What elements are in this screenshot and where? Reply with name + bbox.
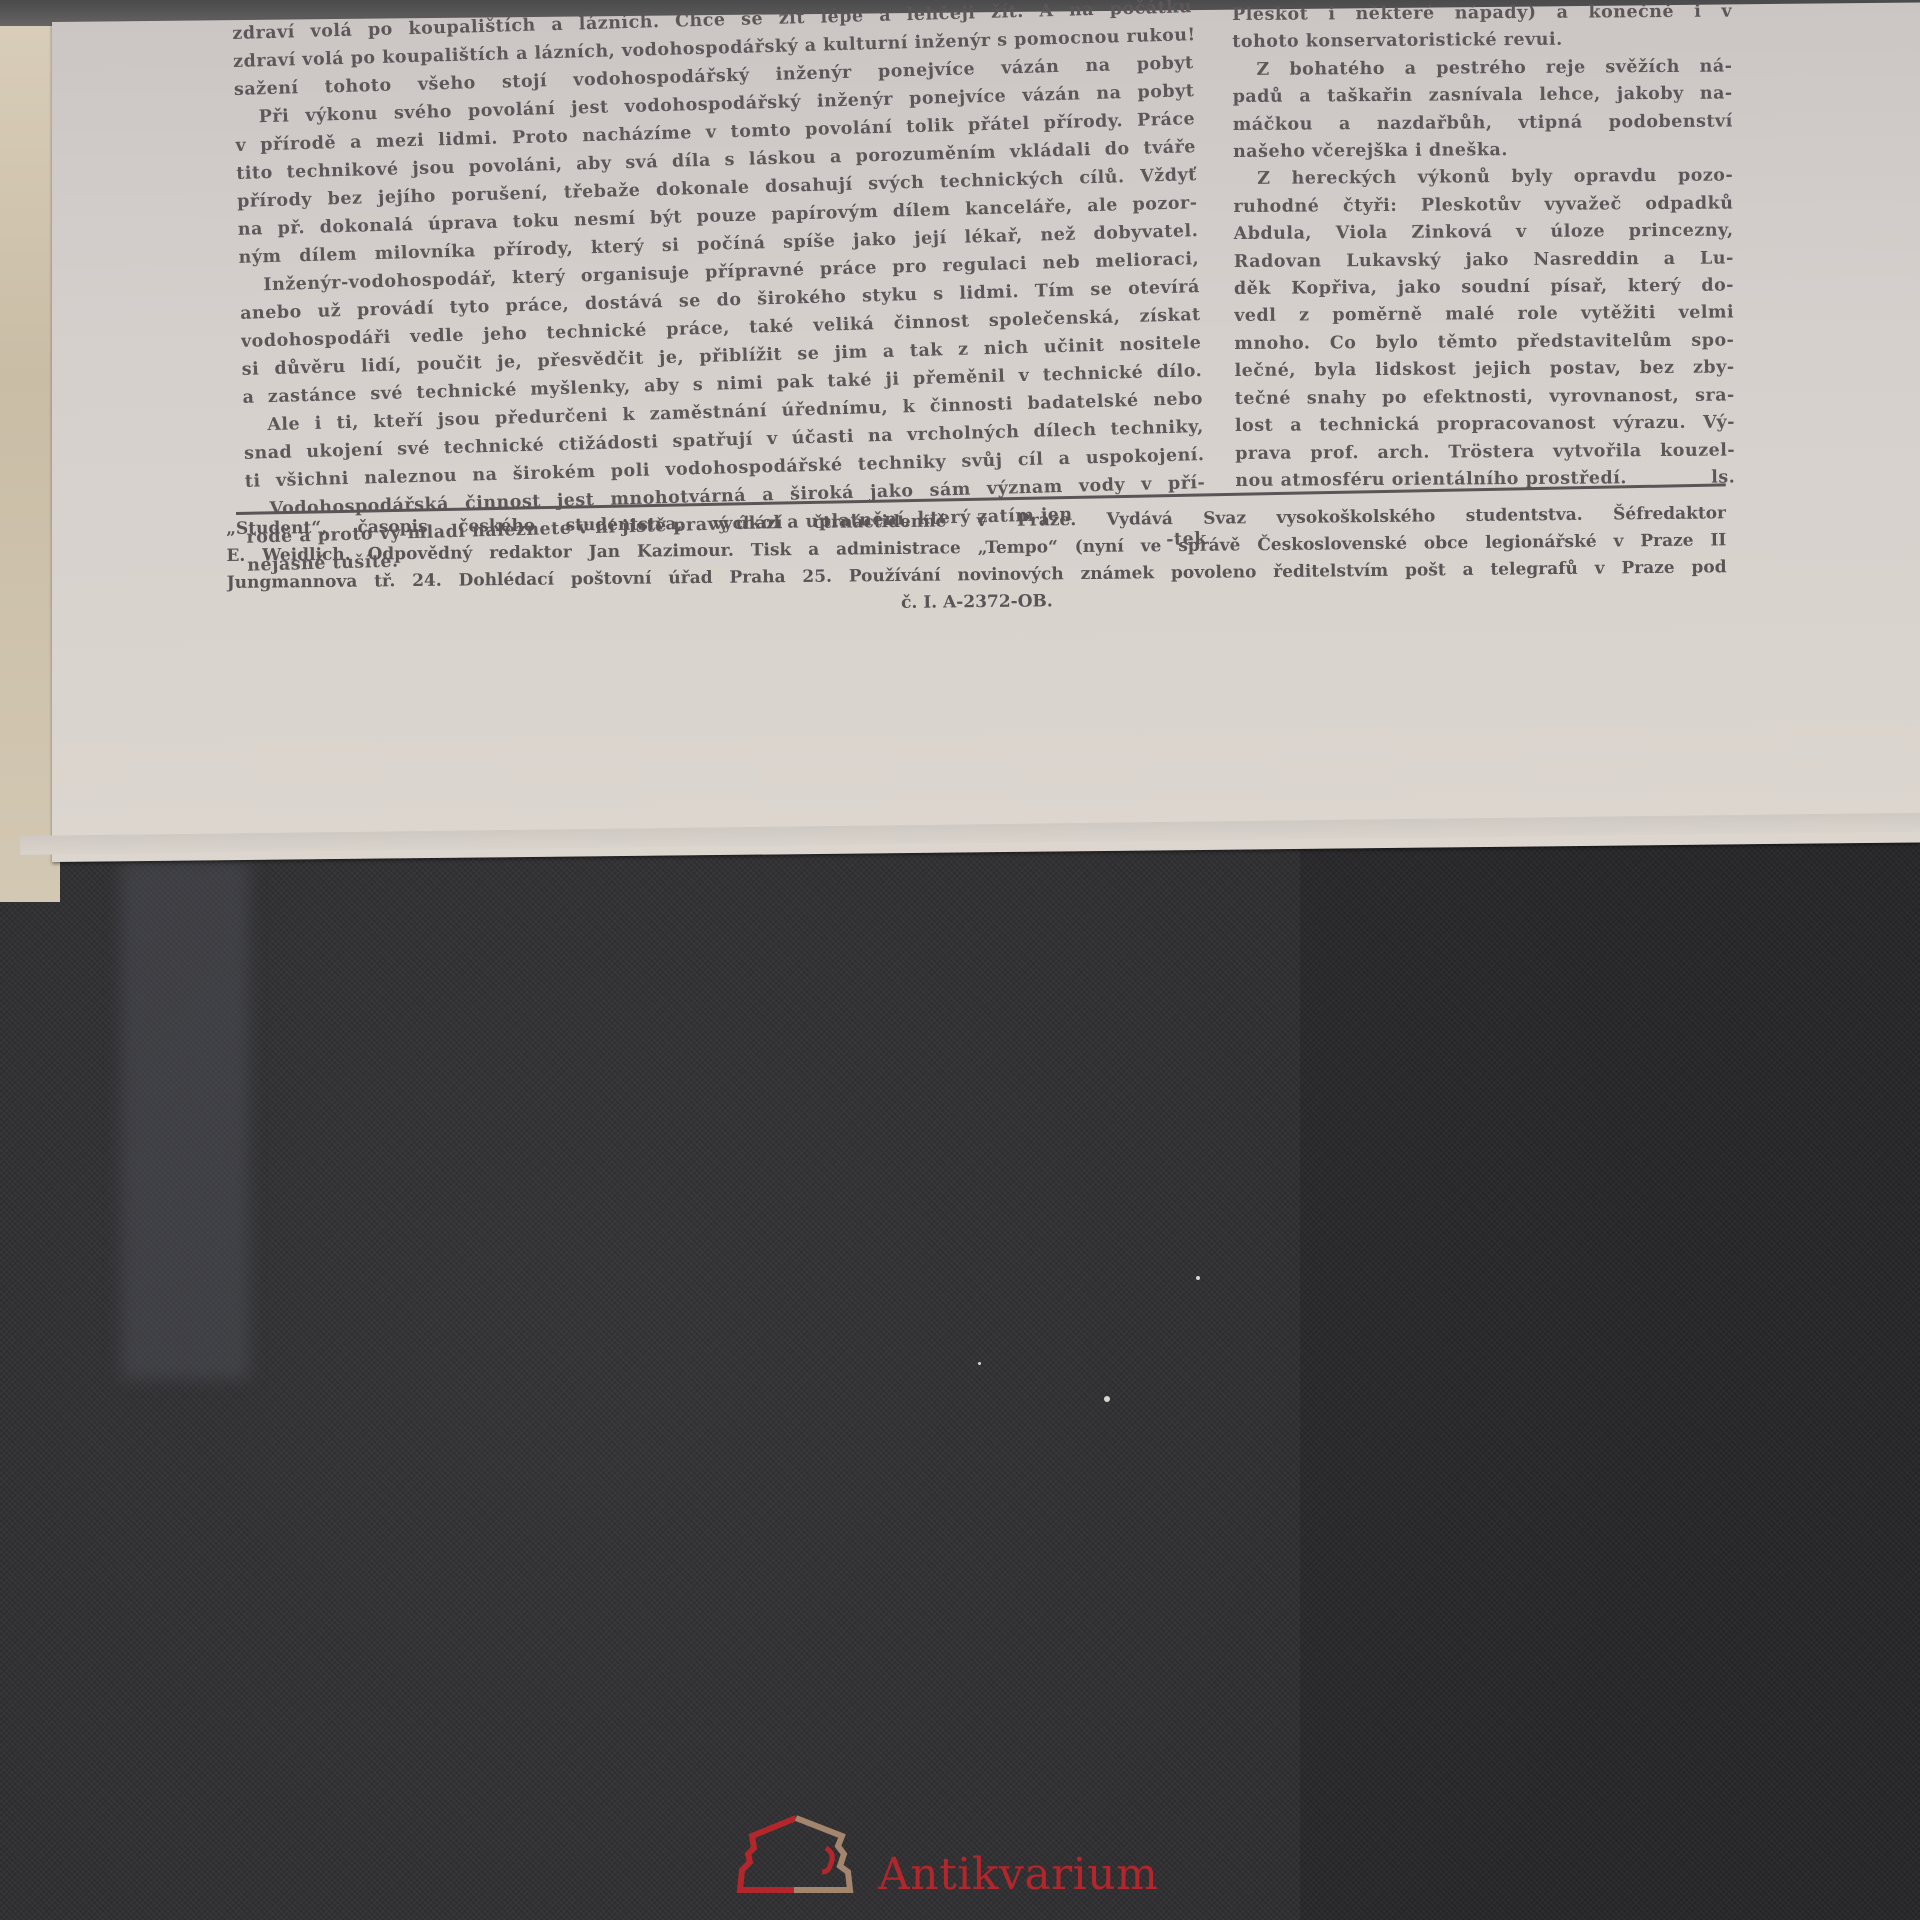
text-line: vedl z poměrně malé role vytěžiti velmi — [1234, 300, 1734, 331]
fabric-light-band — [120, 860, 250, 1380]
fabric-shadow-band — [1300, 840, 1920, 1920]
text-line: Z hereckých výkonů byly opravdu pozo- — [1233, 163, 1733, 194]
text-line: Pleskot i některé nápady) a konečně i v — [1232, 0, 1732, 29]
text-line: Abdula, Viola Zinková v úloze princezny, — [1234, 218, 1734, 249]
article-right-column: Pleskot i některé nápady) a konečně i v … — [1232, 0, 1735, 495]
backing-paper — [0, 26, 60, 902]
dust-speck — [1104, 1396, 1110, 1402]
dust-speck — [978, 1362, 981, 1365]
text-line: lečné, byla lidskost jejich postav, bez … — [1234, 355, 1734, 386]
text-line: tečné snahy po efektnosti, vyrovnanost, … — [1235, 382, 1735, 413]
text-line: lost a technická propracovanost výrazu. … — [1235, 410, 1735, 441]
antikvarium-logo-icon — [734, 1810, 860, 1901]
text-line: našeho včerejška i dneška. — [1233, 136, 1733, 167]
colophon: „Student“, časopis českého studentstva, … — [226, 500, 1727, 624]
text-line: máčkou a nazdařbůh, vtipná podobenství — [1233, 108, 1733, 139]
text-line: Z bohatého a pestrého reje svěžích ná- — [1232, 53, 1732, 84]
text-line: děk Kopřiva, jako soudní písař, který do… — [1234, 273, 1734, 304]
text-line: mnoho. Co bylo těmto představitelům spo- — [1234, 327, 1734, 358]
article-left-column: zdraví volá po koupalištích a lázních. C… — [232, 0, 1207, 580]
dust-speck — [1196, 1276, 1200, 1280]
text-line: prava prof. arch. Tröstera vytvořila kou… — [1235, 437, 1735, 468]
watermark-logo: Antikvarium — [734, 1810, 1158, 1901]
text-line: Radovan Lukavský jako Nasreddin a Lu- — [1234, 245, 1734, 276]
text-line: padů a taškařin zasnívala lehce, jakoby … — [1233, 81, 1733, 112]
author-signature: ls. — [1711, 464, 1735, 492]
text-line: tohoto konservatoristické revui. — [1232, 26, 1732, 57]
text-line: ruhodné čtyři: Pleskotův vyvažeč odpadků — [1233, 190, 1733, 221]
brand-name: Antikvarium — [878, 1853, 1158, 1901]
photo-scene: zdraví volá po koupalištích a lázních. C… — [0, 0, 1920, 1920]
